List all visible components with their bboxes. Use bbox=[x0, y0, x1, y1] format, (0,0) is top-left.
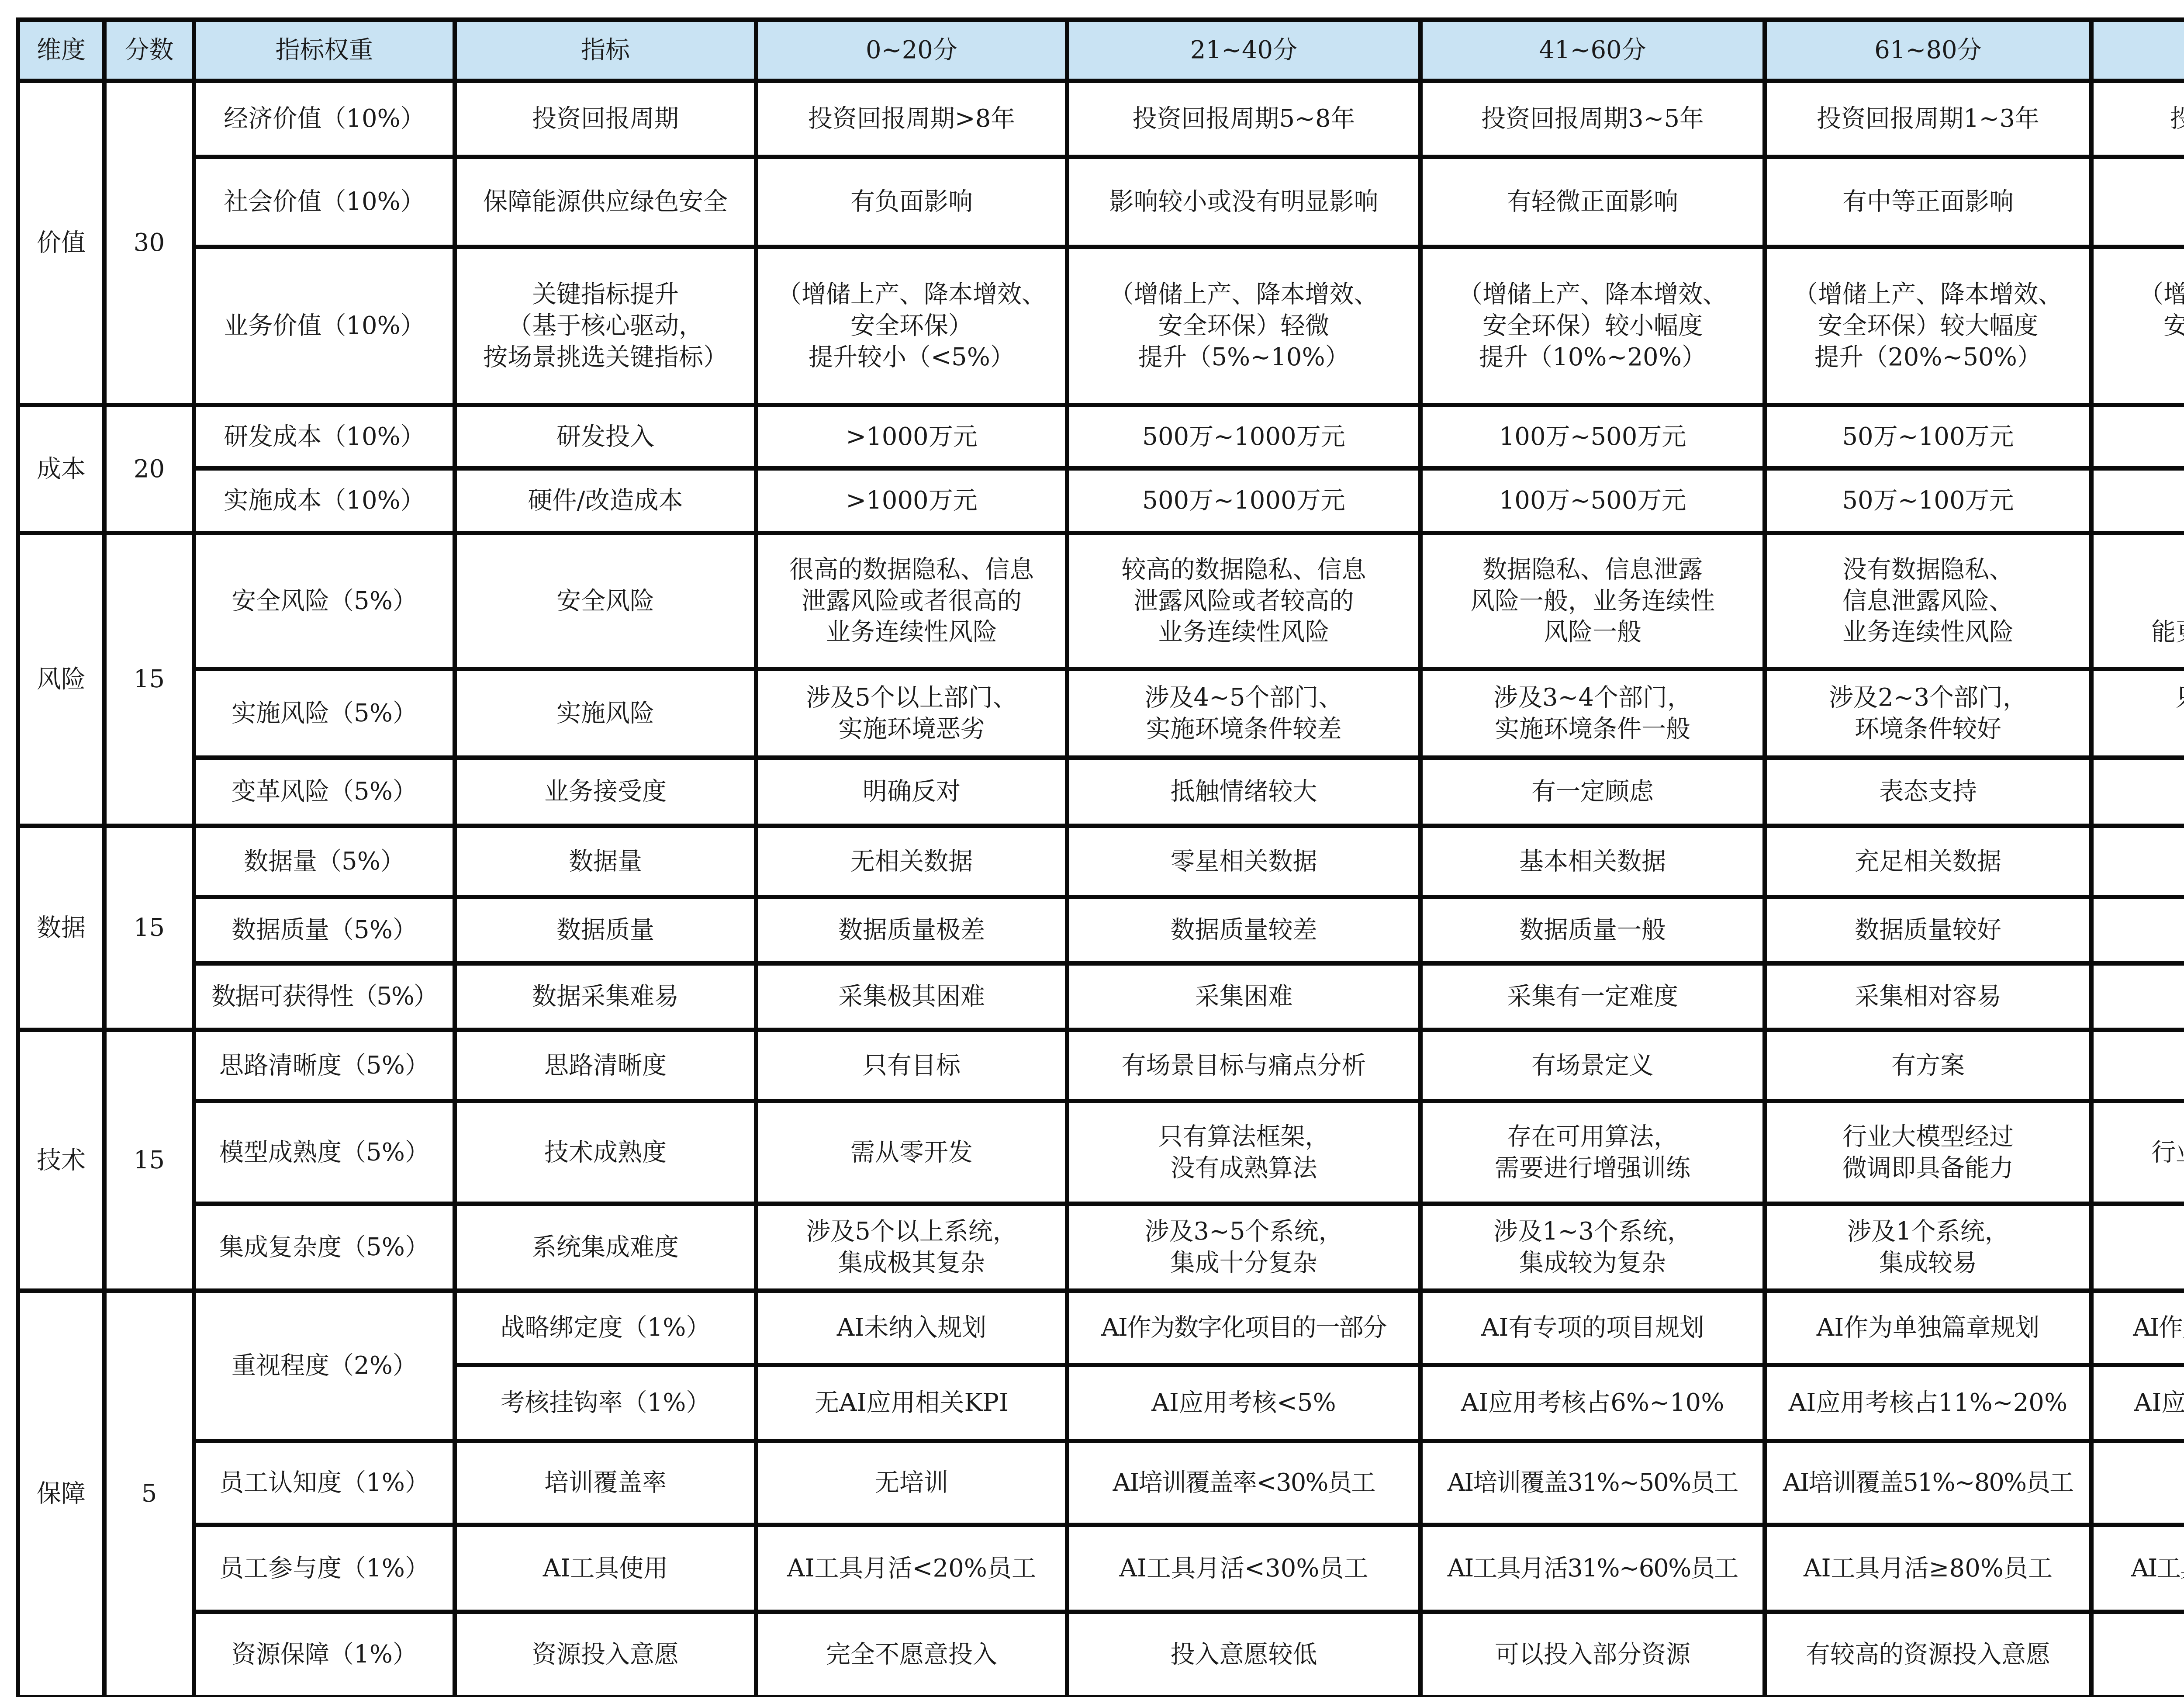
weight-cell: 安全风险（5%） bbox=[194, 533, 455, 669]
weight-cell: 数据质量（5%） bbox=[194, 897, 455, 963]
level-cell: 涉及3~4个部门， 实施环境条件一般 bbox=[1420, 669, 1765, 758]
header-score: 分数 bbox=[104, 20, 194, 81]
level-cell: 投资回报周期>8年 bbox=[756, 81, 1067, 157]
level-cell: 存在可用算法， 需要进行增强训练 bbox=[1420, 1101, 1765, 1204]
table-row: 员工认知度（1%） 培训覆盖率 无培训 AI培训覆盖率<30%员工 AI培训覆盖… bbox=[18, 1441, 2184, 1525]
level-cell: 涉及1个系统， 集成较易 bbox=[1765, 1204, 2091, 1291]
level-cell: <50万元 bbox=[2091, 405, 2184, 468]
header-level-3: 41~60分 bbox=[1420, 20, 1765, 81]
indicator-cell: 数据采集难易 bbox=[455, 963, 756, 1030]
level-cell: 涉及1~3个系统， 集成较为复杂 bbox=[1420, 1204, 1765, 1291]
level-cell: 500万~1000万元 bbox=[1067, 468, 1420, 533]
indicator-cell: 考核挂钩率（1%） bbox=[455, 1365, 756, 1441]
level-cell: AI有专项的项目规划 bbox=[1420, 1291, 1765, 1365]
level-cell: >1000万元 bbox=[756, 405, 1067, 468]
level-cell: AI作为数字化项目的一部分 bbox=[1067, 1291, 1420, 1365]
level-cell: 没有数据隐私、 信息泄露风险、 业务连续性风险 bbox=[1765, 533, 2091, 669]
dimension-cell: 成本 bbox=[18, 405, 104, 533]
level-cell: 只有目标 bbox=[756, 1030, 1067, 1101]
weight-cell: 实施成本（10%） bbox=[194, 468, 455, 533]
level-cell: 投入意愿较低 bbox=[1067, 1612, 1420, 1697]
weight-cell: 模型成熟度（5%） bbox=[194, 1101, 455, 1204]
level-cell: 全力支持 bbox=[2091, 758, 2184, 826]
header-level-4: 61~80分 bbox=[1765, 20, 2091, 81]
level-cell: 无条件投入 bbox=[2091, 1612, 2184, 1697]
weight-cell: 业务价值（10%） bbox=[194, 247, 455, 405]
level-cell: 数据质量较好 bbox=[1765, 897, 2091, 963]
level-cell: 有较高的资源投入意愿 bbox=[1765, 1612, 2091, 1697]
score-cell: 15 bbox=[104, 533, 194, 826]
level-cell: 涉及5个以上部门、 实施环境恶劣 bbox=[756, 669, 1067, 758]
table-row: 实施成本（10%） 硬件/改造成本 >1000万元 500万~1000万元 10… bbox=[18, 468, 2184, 533]
weight-cell: 实施风险（5%） bbox=[194, 669, 455, 758]
level-cell: 有中等正面影响 bbox=[1765, 157, 2091, 247]
table-row: 集成复杂度（5%） 系统集成难度 涉及5个以上系统， 集成极其复杂 涉及3~5个… bbox=[18, 1204, 2184, 1291]
level-cell: 100万~500万元 bbox=[1420, 468, 1765, 533]
level-cell: 无相关数据 bbox=[756, 826, 1067, 897]
indicator-cell: 投资回报周期 bbox=[455, 81, 756, 157]
weight-cell: 变革风险（5%） bbox=[194, 758, 455, 826]
table-row: 社会价值（10%） 保障能源供应绿色安全 有负面影响 影响较小或没有明显影响 有… bbox=[18, 157, 2184, 247]
level-cell: 充足相关数据 bbox=[1765, 826, 2091, 897]
evaluation-table-container: 维度 分数 指标权重 指标 0~20分 21~40分 41~60分 61~80分… bbox=[16, 17, 2184, 1697]
table-row: 保障 5 重视程度（2%） 战略绑定度（1%） AI未纳入规划 AI作为数字化项… bbox=[18, 1291, 2184, 1365]
level-cell: AI工具月活31%~60%员工 bbox=[1420, 1525, 1765, 1612]
table-row: 变革风险（5%） 业务接受度 明确反对 抵触情绪较大 有一定顾虑 表态支持 全力… bbox=[18, 758, 2184, 826]
level-cell: 数据质量极好 bbox=[2091, 897, 2184, 963]
weight-cell: 数据量（5%） bbox=[194, 826, 455, 897]
header-weight: 指标权重 bbox=[194, 20, 455, 81]
level-cell: 有轻微正面影响 bbox=[1420, 157, 1765, 247]
level-cell: AI培训覆盖51%~80%员工 bbox=[1765, 1441, 2091, 1525]
level-cell: 影响较小或没有明显影响 bbox=[1067, 157, 1420, 247]
level-cell: 有一定顾虑 bbox=[1420, 758, 1765, 826]
level-cell: 完全不愿意投入 bbox=[756, 1612, 1067, 1697]
header-dimension: 维度 bbox=[18, 20, 104, 81]
score-cell: 15 bbox=[104, 826, 194, 1030]
level-cell: 涉及5个以上系统， 集成极其复杂 bbox=[756, 1204, 1067, 1291]
score-cell: 5 bbox=[104, 1291, 194, 1697]
dimension-cell: 数据 bbox=[18, 826, 104, 1030]
weight-cell: 员工认知度（1%） bbox=[194, 1441, 455, 1525]
score-cell: 30 bbox=[104, 81, 194, 405]
level-cell: 数据质量较差 bbox=[1067, 897, 1420, 963]
level-cell: 有场景目标与痛点分析 bbox=[1067, 1030, 1420, 1101]
level-cell: AI应用考核占21%~30% bbox=[2091, 1365, 2184, 1441]
level-cell: 经过POC验证 bbox=[2091, 1030, 2184, 1101]
level-cell: 行业大模型已具备能力 bbox=[2091, 1101, 2184, 1204]
table-row: 价值 30 经济价值（10%） 投资回报周期 投资回报周期>8年 投资回报周期5… bbox=[18, 81, 2184, 157]
indicator-cell: 技术成熟度 bbox=[455, 1101, 756, 1204]
level-cell: 只有算法框架， 没有成熟算法 bbox=[1067, 1101, 1420, 1204]
level-cell: 表态支持 bbox=[1765, 758, 2091, 826]
level-cell: （增储上产、降本增效、 安全环保）较大幅度 提升（20%~50%） bbox=[1765, 247, 2091, 405]
level-cell: （增储上产、降本增效、 安全环保）较小幅度 提升（10%~20%） bbox=[1420, 247, 1765, 405]
indicator-cell: 实施风险 bbox=[455, 669, 756, 758]
level-cell: AI工具月活<20%员工 bbox=[756, 1525, 1067, 1612]
evaluation-table: 维度 分数 指标权重 指标 0~20分 21~40分 41~60分 61~80分… bbox=[16, 17, 2184, 1697]
level-cell: 数据质量极差 bbox=[756, 897, 1067, 963]
table-row: 实施风险（5%） 实施风险 涉及5个以上部门、 实施环境恶劣 涉及4~5个部门、… bbox=[18, 669, 2184, 758]
level-cell: 没有数据隐私、 信息泄露风险， 能更好促进业务连续性 bbox=[2091, 533, 2184, 669]
table-row: 模型成熟度（5%） 技术成熟度 需从零开发 只有算法框架， 没有成熟算法 存在可… bbox=[18, 1101, 2184, 1204]
level-cell: 涉及3~5个系统， 集成十分复杂 bbox=[1067, 1204, 1420, 1291]
level-cell: 投资回报周期3~5年 bbox=[1420, 81, 1765, 157]
level-cell: >1000万元 bbox=[756, 468, 1067, 533]
dimension-cell: 技术 bbox=[18, 1030, 104, 1291]
header-indicator: 指标 bbox=[455, 20, 756, 81]
level-cell: 有方案 bbox=[1765, 1030, 2091, 1101]
table-row: 风险 15 安全风险（5%） 安全风险 很高的数据隐私、信息 泄露风险或者很高的… bbox=[18, 533, 2184, 669]
score-cell: 15 bbox=[104, 1030, 194, 1291]
level-cell: AI工具已成为全员工作助手 bbox=[2091, 1525, 2184, 1612]
level-cell: AI应用考核占6%~10% bbox=[1420, 1365, 1765, 1441]
indicator-cell: 硬件/改造成本 bbox=[455, 468, 756, 533]
dimension-cell: 保障 bbox=[18, 1291, 104, 1697]
level-cell: 只涉及单个部门， 环境条件优越 bbox=[2091, 669, 2184, 758]
indicator-cell: 系统集成难度 bbox=[455, 1204, 756, 1291]
level-cell: 涉及2~3个部门， 环境条件较好 bbox=[1765, 669, 2091, 758]
level-cell: 抵触情绪较大 bbox=[1067, 758, 1420, 826]
weight-cell: 员工参与度（1%） bbox=[194, 1525, 455, 1612]
level-cell: 无需集成， 快速部署运行 bbox=[2091, 1204, 2184, 1291]
level-cell: 有重大正面影响 bbox=[2091, 157, 2184, 247]
level-cell: AI培训覆盖率<30%员工 bbox=[1067, 1441, 1420, 1525]
level-cell: 零星相关数据 bbox=[1067, 826, 1420, 897]
indicator-cell: 培训覆盖率 bbox=[455, 1441, 756, 1525]
table-row: 员工参与度（1%） AI工具使用 AI工具月活<20%员工 AI工具月活<30%… bbox=[18, 1525, 2184, 1612]
level-cell: 基本相关数据 bbox=[1420, 826, 1765, 897]
level-cell: 明确反对 bbox=[756, 758, 1067, 826]
level-cell: 涉及4~5个部门、 实施环境条件较差 bbox=[1067, 669, 1420, 758]
level-cell: 行业大模型经过 微调即具备能力 bbox=[1765, 1101, 2091, 1204]
level-cell: 采集有一定难度 bbox=[1420, 963, 1765, 1030]
level-cell: AI应用考核<5% bbox=[1067, 1365, 1420, 1441]
weight-cell: 重视程度（2%） bbox=[194, 1291, 455, 1441]
table-row: 技术 15 思路清晰度（5%） 思路清晰度 只有目标 有场景目标与痛点分析 有场… bbox=[18, 1030, 2184, 1101]
level-cell: 需从零开发 bbox=[756, 1101, 1067, 1204]
level-cell: 投资回报周期1~3年 bbox=[1765, 81, 2091, 157]
table-row: 数据 15 数据量（5%） 数据量 无相关数据 零星相关数据 基本相关数据 充足… bbox=[18, 826, 2184, 897]
level-cell: AI工具月活≥80%员工 bbox=[1765, 1525, 2091, 1612]
dimension-cell: 风险 bbox=[18, 533, 104, 826]
weight-cell: 数据可获得性（5%） bbox=[194, 963, 455, 1030]
weight-cell: 集成复杂度（5%） bbox=[194, 1204, 455, 1291]
level-cell: 投资回报周期<1年 bbox=[2091, 81, 2184, 157]
weight-cell: 资源保障（1%） bbox=[194, 1612, 455, 1697]
table-row: 成本 20 研发成本（10%） 研发投入 >1000万元 500万~1000万元… bbox=[18, 405, 2184, 468]
level-cell: AI工具月活<30%员工 bbox=[1067, 1525, 1420, 1612]
level-cell: 采集相对容易 bbox=[1765, 963, 2091, 1030]
score-cell: 20 bbox=[104, 405, 194, 533]
weight-cell: 研发成本（10%） bbox=[194, 405, 455, 468]
level-cell: 数据质量一般 bbox=[1420, 897, 1765, 963]
indicator-cell: 数据量 bbox=[455, 826, 756, 897]
header-row: 维度 分数 指标权重 指标 0~20分 21~40分 41~60分 61~80分… bbox=[18, 20, 2184, 81]
weight-cell: 经济价值（10%） bbox=[194, 81, 455, 157]
dimension-cell: 价值 bbox=[18, 81, 104, 405]
table-row: 业务价值（10%） 关键指标提升 （基于核心驱动， 按场景挑选关键指标） （增储… bbox=[18, 247, 2184, 405]
level-cell: 数据隐私、信息泄露 风险一般，业务连续性 风险一般 bbox=[1420, 533, 1765, 669]
level-cell: 50万~100万元 bbox=[1765, 405, 2091, 468]
level-cell: （增储上产、降本增效、 安全环保）轻微 提升（5%~10%） bbox=[1067, 247, 1420, 405]
indicator-cell: 数据质量 bbox=[455, 897, 756, 963]
indicator-cell: 资源投入意愿 bbox=[455, 1612, 756, 1697]
header-level-1: 0~20分 bbox=[756, 20, 1067, 81]
level-cell: 投资回报周期5~8年 bbox=[1067, 81, 1420, 157]
level-cell: AI培训覆盖31%~50%员工 bbox=[1420, 1441, 1765, 1525]
indicator-cell: 安全风险 bbox=[455, 533, 756, 669]
level-cell: 采集非常容易 bbox=[2091, 963, 2184, 1030]
level-cell: 无AI应用相关KPI bbox=[756, 1365, 1067, 1441]
indicator-cell: 业务接受度 bbox=[455, 758, 756, 826]
level-cell: 很高的数据隐私、信息 泄露风险或者很高的 业务连续性风险 bbox=[756, 533, 1067, 669]
header-level-2: 21~40分 bbox=[1067, 20, 1420, 81]
level-cell: 较高的数据隐私、信息 泄露风险或者较高的 业务连续性风险 bbox=[1067, 533, 1420, 669]
table-row: 数据可获得性（5%） 数据采集难易 采集极其困难 采集困难 采集有一定难度 采集… bbox=[18, 963, 2184, 1030]
indicator-cell: 保障能源供应绿色安全 bbox=[455, 157, 756, 247]
level-cell: 可以投入部分资源 bbox=[1420, 1612, 1765, 1697]
level-cell: 采集困难 bbox=[1067, 963, 1420, 1030]
level-cell: AI作为单独篇章规划+投资 bbox=[2091, 1291, 2184, 1365]
level-cell: 采集极其困难 bbox=[756, 963, 1067, 1030]
weight-cell: 社会价值（10%） bbox=[194, 157, 455, 247]
level-cell: 无培训 bbox=[756, 1441, 1067, 1525]
level-cell: （增储上产、降本增效、 安全环保） 提升较小（<5%） bbox=[756, 247, 1067, 405]
level-cell: 有负面影响 bbox=[756, 157, 1067, 247]
level-cell: 500万~1000万元 bbox=[1067, 405, 1420, 468]
indicator-cell: 关键指标提升 （基于核心驱动， 按场景挑选关键指标） bbox=[455, 247, 756, 405]
level-cell: AI作为单独篇章规划 bbox=[1765, 1291, 2091, 1365]
table-row: 数据质量（5%） 数据质量 数据质量极差 数据质量较差 数据质量一般 数据质量较… bbox=[18, 897, 2184, 963]
indicator-cell: 研发投入 bbox=[455, 405, 756, 468]
weight-cell: 思路清晰度（5%） bbox=[194, 1030, 455, 1101]
level-cell: AI未纳入规划 bbox=[756, 1291, 1067, 1365]
level-cell: （增储上产、降本增效、 安全环保）有大幅度 提升（>50%） bbox=[2091, 247, 2184, 405]
indicator-cell: 战略绑定度（1%） bbox=[455, 1291, 756, 1365]
table-row: 资源保障（1%） 资源投入意愿 完全不愿意投入 投入意愿较低 可以投入部分资源 … bbox=[18, 1612, 2184, 1697]
level-cell: <50万元 bbox=[2091, 468, 2184, 533]
level-cell: AI应用考核占11%~20% bbox=[1765, 1365, 2091, 1441]
level-cell: AI培训覆盖全员 bbox=[2091, 1441, 2184, 1525]
level-cell: 50万~100万元 bbox=[1765, 468, 2091, 533]
indicator-cell: 思路清晰度 bbox=[455, 1030, 756, 1101]
header-level-5: 81~100分 bbox=[2091, 20, 2184, 81]
level-cell: 海量相关数据 bbox=[2091, 826, 2184, 897]
indicator-cell: AI工具使用 bbox=[455, 1525, 756, 1612]
level-cell: 有场景定义 bbox=[1420, 1030, 1765, 1101]
level-cell: 100万~500万元 bbox=[1420, 405, 1765, 468]
